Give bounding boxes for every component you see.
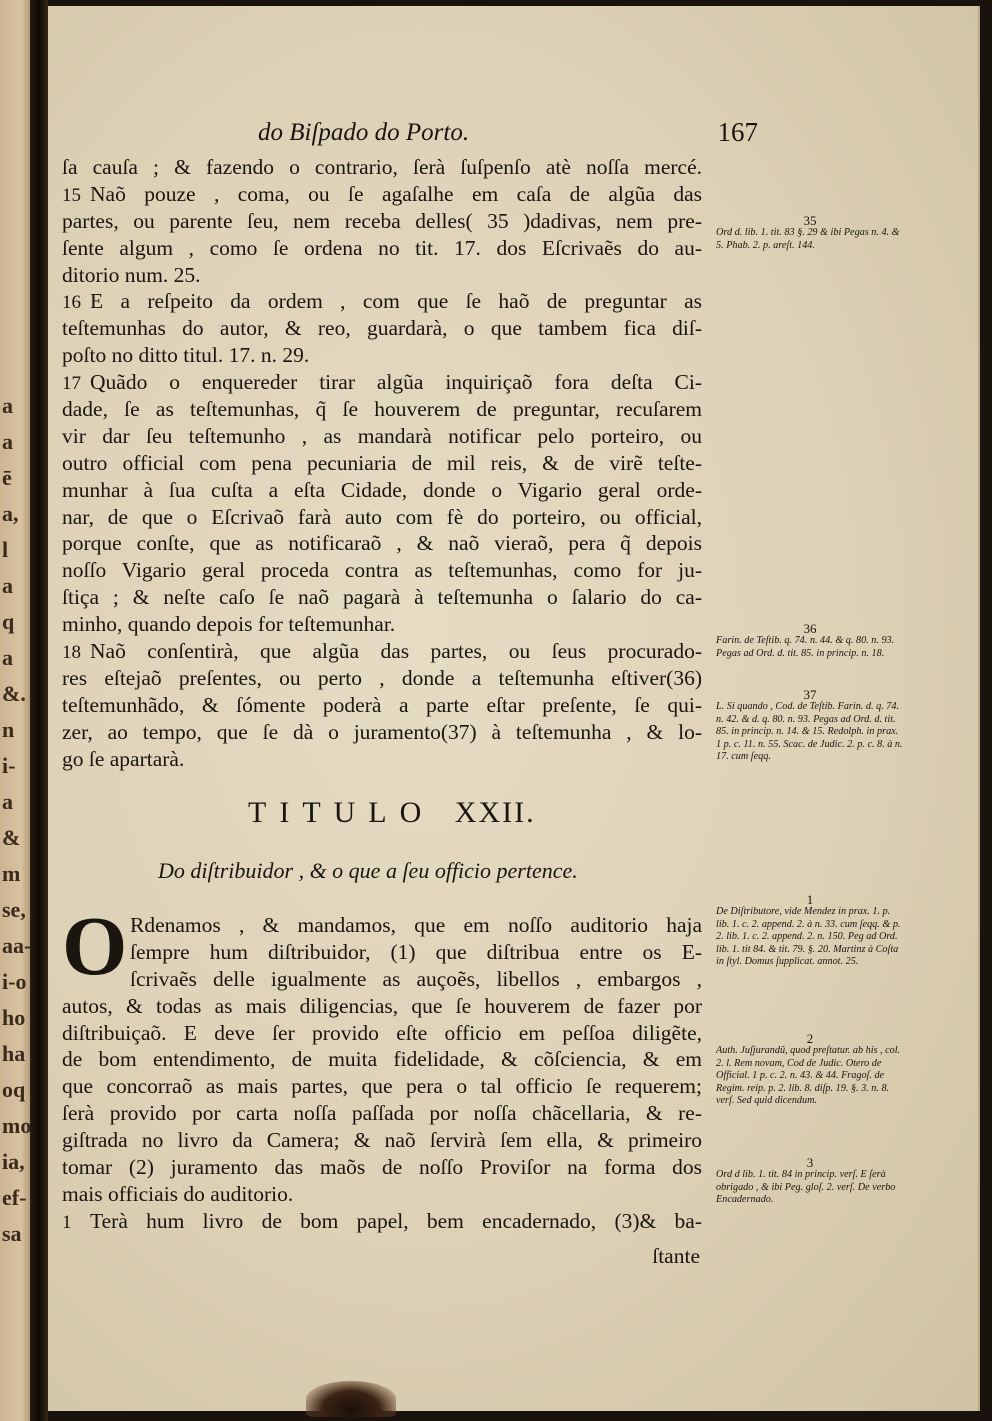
text-line: partes, ou parente ſeu, nem receba delle…: [62, 208, 702, 235]
facing-page-fragment: a: [2, 395, 13, 417]
decree-text: O Rdenamos , & mandamos, que em noſſo au…: [62, 912, 702, 1235]
line-text: ſerà provido por carta noſſa paſſada por…: [62, 1101, 702, 1125]
line-text: vir dar ſeu teſtemunho , as mandarà noti…: [62, 424, 702, 448]
margin-note-number: 3: [716, 1156, 904, 1169]
margin-note: 1De Diſtributore, vide Mendez in prax. 1…: [716, 893, 904, 969]
page-number: 167: [718, 117, 759, 148]
facing-page-fragment: oq: [2, 1079, 25, 1101]
text-line: teſtemunhãdo, & ſómente poderà a parte e…: [62, 692, 702, 719]
margin-note-text: De Diſtributore, vide Mendez in prax. 1.…: [716, 906, 900, 967]
line-text: giſtrada no livro da Camera; & naõ ſervi…: [62, 1128, 702, 1152]
text-line: ditorio num. 25.: [62, 262, 702, 289]
text-line: ſempre hum diſtribuidor, (1) que diſtrib…: [62, 939, 702, 966]
line-text: munhar à ſua cuſta a eſta Cidade, donde …: [62, 478, 702, 502]
facing-page-fragment: i-: [2, 755, 15, 777]
facing-page-fragment: a: [2, 791, 13, 813]
margin-note: 35Ord d. lib. 1. tit. 83 §. 29 & ibi Peg…: [716, 214, 904, 252]
line-text: Rdenamos , & mandamos, que em noſſo audi…: [130, 913, 702, 937]
paragraph-number: 15: [62, 183, 90, 210]
facing-page-fragment: &.: [2, 683, 26, 705]
chapter-subtitle: Do diſtribuidor , & o que a ſeu officio …: [158, 858, 578, 884]
line-text: ſente algum , como ſe ordena no tit. 17.…: [62, 236, 702, 260]
margin-note-text: L. Si quando , Cod. de Teſtib. Farin. d.…: [716, 701, 903, 762]
line-text: go ſe apartarà.: [62, 747, 184, 771]
text-line: go ſe apartarà.: [62, 746, 702, 773]
text-line: noſſo Vigario geral proceda contra as te…: [62, 557, 702, 584]
chapter-heading: TITULO XXII.: [248, 796, 536, 830]
line-text: poſto no ditto titul. 17. n. 29.: [62, 343, 309, 367]
line-text: Quãdo o enquereder tirar algũa inquiriça…: [90, 370, 702, 394]
margin-note-number: 1: [716, 893, 904, 906]
line-text: teſtemunhãdo, & ſómente poderà a parte e…: [62, 693, 702, 717]
line-text: diſtribuiçaõ. E deve ſer provido eſte of…: [62, 1021, 702, 1045]
margin-note: 3Ord d lib. 1. tit. 84 in princip. verſ.…: [716, 1156, 904, 1207]
decree-lines: Rdenamos , & mandamos, que em noſſo audi…: [62, 912, 702, 1235]
facing-page-fragment: aa-: [2, 935, 31, 957]
paragraph-number: 17: [62, 371, 90, 398]
catchword: ſtante: [652, 1244, 700, 1269]
text-line: minho, quando depois for teſtemunhar.: [62, 611, 702, 638]
text-line: 18Naõ conſentirà, que algũa das partes, …: [62, 638, 702, 665]
line-text: ditorio num. 25.: [62, 263, 201, 287]
margin-note-text: Ord d lib. 1. tit. 84 in princip. verſ. …: [716, 1169, 895, 1205]
book-page: do Biſpado do Porto. 167 ſa cauſa ; & fa…: [48, 6, 980, 1411]
facing-page-fragment: n: [2, 719, 14, 741]
line-text: dade, ſe as teſtemunhas, q̃ ſe houverem …: [62, 397, 702, 421]
facing-page-fragment: m: [2, 863, 20, 885]
facing-page-fragment: ē: [2, 467, 12, 489]
margin-note: 36Farin. de Teſtib. q. 74. n. 44. & q. 8…: [716, 622, 904, 660]
margin-note-number: 37: [716, 688, 904, 701]
margin-note-number: 36: [716, 622, 904, 635]
ink-stain: [306, 1381, 396, 1417]
text-line: ſcrivaẽs delle igualmente as auçoẽs, lib…: [62, 966, 702, 993]
text-line: ſerà provido por carta noſſa paſſada por…: [62, 1100, 702, 1127]
line-text: mais officiais do auditorio.: [62, 1182, 293, 1206]
facing-page-edge: aaēa,laqa&.ni-a&mse,aa-i-ohohaoqmoia,ef-…: [0, 0, 30, 1421]
line-text: porque conſte, que as notificaraõ , & na…: [62, 531, 702, 555]
text-line: autos, & todas as mais diligencias, que …: [62, 993, 702, 1020]
text-line: res eſtejaõ preſentes, ou perto , donde …: [62, 665, 702, 692]
text-line: diſtribuiçaõ. E deve ſer provido eſte of…: [62, 1020, 702, 1047]
facing-page-fragment: a: [2, 431, 13, 453]
text-line: porque conſte, que as notificaraõ , & na…: [62, 530, 702, 557]
paragraph-number: 18: [62, 640, 90, 667]
text-line: ſa cauſa ; & fazendo o contrario, ſerà ſ…: [62, 154, 702, 181]
facing-page-fragment: a: [2, 647, 13, 669]
facing-page-fragment: sa: [2, 1223, 22, 1245]
text-line: 1Terà hum livro de bom papel, bem encade…: [62, 1208, 702, 1235]
line-text: ſempre hum diſtribuidor, (1) que diſtrib…: [130, 940, 702, 964]
facing-page-fragment: ha: [2, 1043, 25, 1065]
paragraph-number: 16: [62, 290, 90, 317]
text-line: tomar (2) juramento das maõs de noſſo Pr…: [62, 1154, 702, 1181]
facing-page-fragment: ia,: [2, 1151, 25, 1173]
text-line: poſto no ditto titul. 17. n. 29.: [62, 342, 702, 369]
facing-page-fragment: q: [2, 611, 14, 633]
facing-page-fragment: a,: [2, 503, 19, 525]
line-text: Terà hum livro de bom papel, bem encader…: [90, 1209, 702, 1233]
facing-page-fragment: &: [2, 827, 20, 849]
margin-note-text: Ord d. lib. 1. tit. 83 §. 29 & ibi Pegas…: [716, 227, 900, 251]
line-text: nar, de que o Eſcrivaõ farà auto com fè …: [62, 505, 702, 529]
margin-note: 37L. Si quando , Cod. de Teſtib. Farin. …: [716, 688, 904, 764]
line-text: autos, & todas as mais diligencias, que …: [62, 994, 702, 1018]
line-text: que concorraõ as mais partes, que pera o…: [62, 1074, 702, 1098]
facing-page-fragment: se,: [2, 899, 26, 921]
drop-cap: O: [62, 912, 127, 982]
text-line: dade, ſe as teſtemunhas, q̃ ſe houverem …: [62, 396, 702, 423]
text-line: Rdenamos , & mandamos, que em noſſo audi…: [62, 912, 702, 939]
text-line: ſente algum , como ſe ordena no tit. 17.…: [62, 235, 702, 262]
text-line: vir dar ſeu teſtemunho , as mandarà noti…: [62, 423, 702, 450]
running-head: do Biſpado do Porto. 167: [258, 119, 758, 153]
line-text: partes, ou parente ſeu, nem receba delle…: [62, 209, 702, 233]
text-line: nar, de que o Eſcrivaõ farà auto com fè …: [62, 504, 702, 531]
facing-page-fragment: i-o: [2, 971, 26, 993]
text-line: teſtemunhas do autor, & reo, guardarà, o…: [62, 315, 702, 342]
chapter-number: XXII.: [455, 796, 536, 829]
line-text: ſa cauſa ; & fazendo o contrario, ſerà ſ…: [62, 155, 702, 179]
line-text: ſtiça ; & neſte caſo ſe naõ pagarà à teſ…: [62, 585, 702, 609]
text-line: que concorraõ as mais partes, que pera o…: [62, 1073, 702, 1100]
text-line: de bom entendimento, de muita fidelidade…: [62, 1046, 702, 1073]
line-text: minho, quando depois for teſtemunhar.: [62, 612, 395, 636]
facing-page-fragment: a: [2, 575, 13, 597]
paragraph-number: 1: [62, 1210, 90, 1237]
facing-page-fragment: ef-: [2, 1187, 26, 1209]
facing-page-fragment: ho: [2, 1007, 25, 1029]
line-text: res eſtejaõ preſentes, ou perto , donde …: [62, 666, 702, 690]
text-line: munhar à ſua cuſta a eſta Cidade, donde …: [62, 477, 702, 504]
text-line: zer, ao tempo, que ſe dà o juramento(37)…: [62, 719, 702, 746]
line-text: E a reſpeito da ordem , com que ſe haõ d…: [90, 289, 702, 313]
line-text: Naõ conſentirà, que algũa das partes, ou…: [90, 639, 702, 663]
line-text: ſcrivaẽs delle igualmente as auçoẽs, lib…: [130, 967, 702, 991]
facing-page-fragment: mo: [2, 1115, 31, 1137]
main-text: ſa cauſa ; & fazendo o contrario, ſerà ſ…: [62, 154, 702, 772]
facing-page-fragment: l: [2, 539, 8, 561]
line-text: tomar (2) juramento das maõs de noſſo Pr…: [62, 1155, 702, 1179]
margin-note-text: Auth. Juſjurandũ, quod preſtatur. ab his…: [716, 1045, 900, 1106]
text-line: ſtiça ; & neſte caſo ſe naõ pagarà à teſ…: [62, 584, 702, 611]
text-line: 17Quãdo o enquereder tirar algũa inquiri…: [62, 369, 702, 396]
text-line: giſtrada no livro da Camera; & naõ ſervi…: [62, 1127, 702, 1154]
line-text: outro official com pena pecuniaria de mi…: [62, 451, 702, 475]
running-title: do Biſpado do Porto.: [258, 119, 469, 147]
line-text: zer, ao tempo, que ſe dà o juramento(37)…: [62, 720, 702, 744]
margin-note-text: Farin. de Teſtib. q. 74. n. 44. & q. 80.…: [716, 635, 894, 659]
text-line: outro official com pena pecuniaria de mi…: [62, 450, 702, 477]
line-text: de bom entendimento, de muita fidelidade…: [62, 1047, 702, 1071]
line-text: teſtemunhas do autor, & reo, guardarà, o…: [62, 316, 702, 340]
text-line: 15Naõ pouze , coma, ou ſe agaſalhe em ca…: [62, 181, 702, 208]
text-line: mais officiais do auditorio.: [62, 1181, 702, 1208]
text-line: 16E a reſpeito da ordem , com que ſe haõ…: [62, 288, 702, 315]
line-text: Naõ pouze , coma, ou ſe agaſalhe em caſa…: [90, 182, 702, 206]
line-text: noſſo Vigario geral proceda contra as te…: [62, 558, 702, 582]
chapter-heading-word: TITULO: [248, 796, 434, 829]
margin-note: 2Auth. Juſjurandũ, quod preſtatur. ab hi…: [716, 1032, 904, 1108]
margin-note-number: 2: [716, 1032, 904, 1045]
book-gutter: [30, 0, 48, 1421]
margin-note-number: 35: [716, 214, 904, 227]
